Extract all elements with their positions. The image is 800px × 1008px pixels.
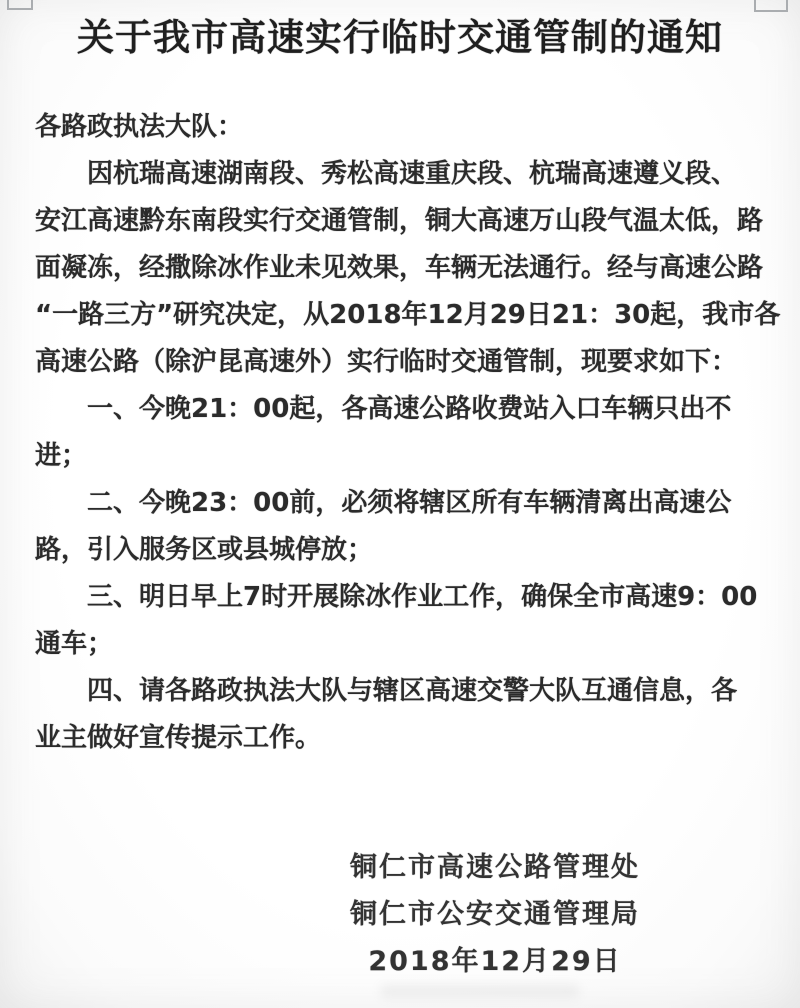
- body-line: “一路三方”研究决定，从2018年12月29日21：30起，我市各: [35, 292, 767, 339]
- body-line: 进；: [35, 433, 767, 480]
- notice-document-page: 关于我市高速实行临时交通管制的通知 各路政执法大队： 因杭瑞高速湖南段、秀松高速…: [0, 0, 800, 1008]
- document-title: 关于我市高速实行临时交通管制的通知: [0, 10, 800, 66]
- frame-corner-artifact-left: [7, 0, 33, 10]
- body-line: 路，引入服务区或县城停放；: [35, 527, 767, 574]
- body-line: 通车；: [35, 621, 767, 668]
- signature-org-2: 铜仁市公安交通管理局: [285, 891, 705, 938]
- body-line-item-3: 三、明日早上7时开展除冰作业工作，确保全市高速9：00: [35, 574, 767, 621]
- scan-bleed-artifact: [380, 984, 580, 998]
- body-line: 面凝冻，经撒除冰作业未见效果，车辆无法通行。经与高速公路: [35, 245, 767, 292]
- salutation: 各路政执法大队：: [35, 104, 767, 151]
- body-line: 安江高速黔东南段实行交通管制，铜大高速万山段气温太低，路: [35, 198, 767, 245]
- body-line: 因杭瑞高速湖南段、秀松高速重庆段、杭瑞高速遵义段、: [35, 151, 767, 198]
- signature-org-1: 铜仁市高速公路管理处: [285, 844, 705, 891]
- body-line-item-1: 一、今晚21：00起，各高速公路收费站入口车辆只出不: [35, 386, 767, 433]
- document-body: 各路政执法大队： 因杭瑞高速湖南段、秀松高速重庆段、杭瑞高速遵义段、 安江高速黔…: [35, 104, 767, 762]
- signature-date: 2018年12月29日: [285, 938, 705, 985]
- body-line: 高速公路（除沪昆高速外）实行临时交通管制，现要求如下：: [35, 339, 767, 386]
- body-line: 业主做好宣传提示工作。: [35, 715, 767, 762]
- signature-block: 铜仁市高速公路管理处 铜仁市公安交通管理局 2018年12月29日: [285, 844, 705, 985]
- body-line-item-2: 二、今晚23：00前，必须将辖区所有车辆清离出高速公: [35, 480, 767, 527]
- body-line-item-4: 四、请各路政执法大队与辖区高速交警大队互通信息，各: [35, 668, 767, 715]
